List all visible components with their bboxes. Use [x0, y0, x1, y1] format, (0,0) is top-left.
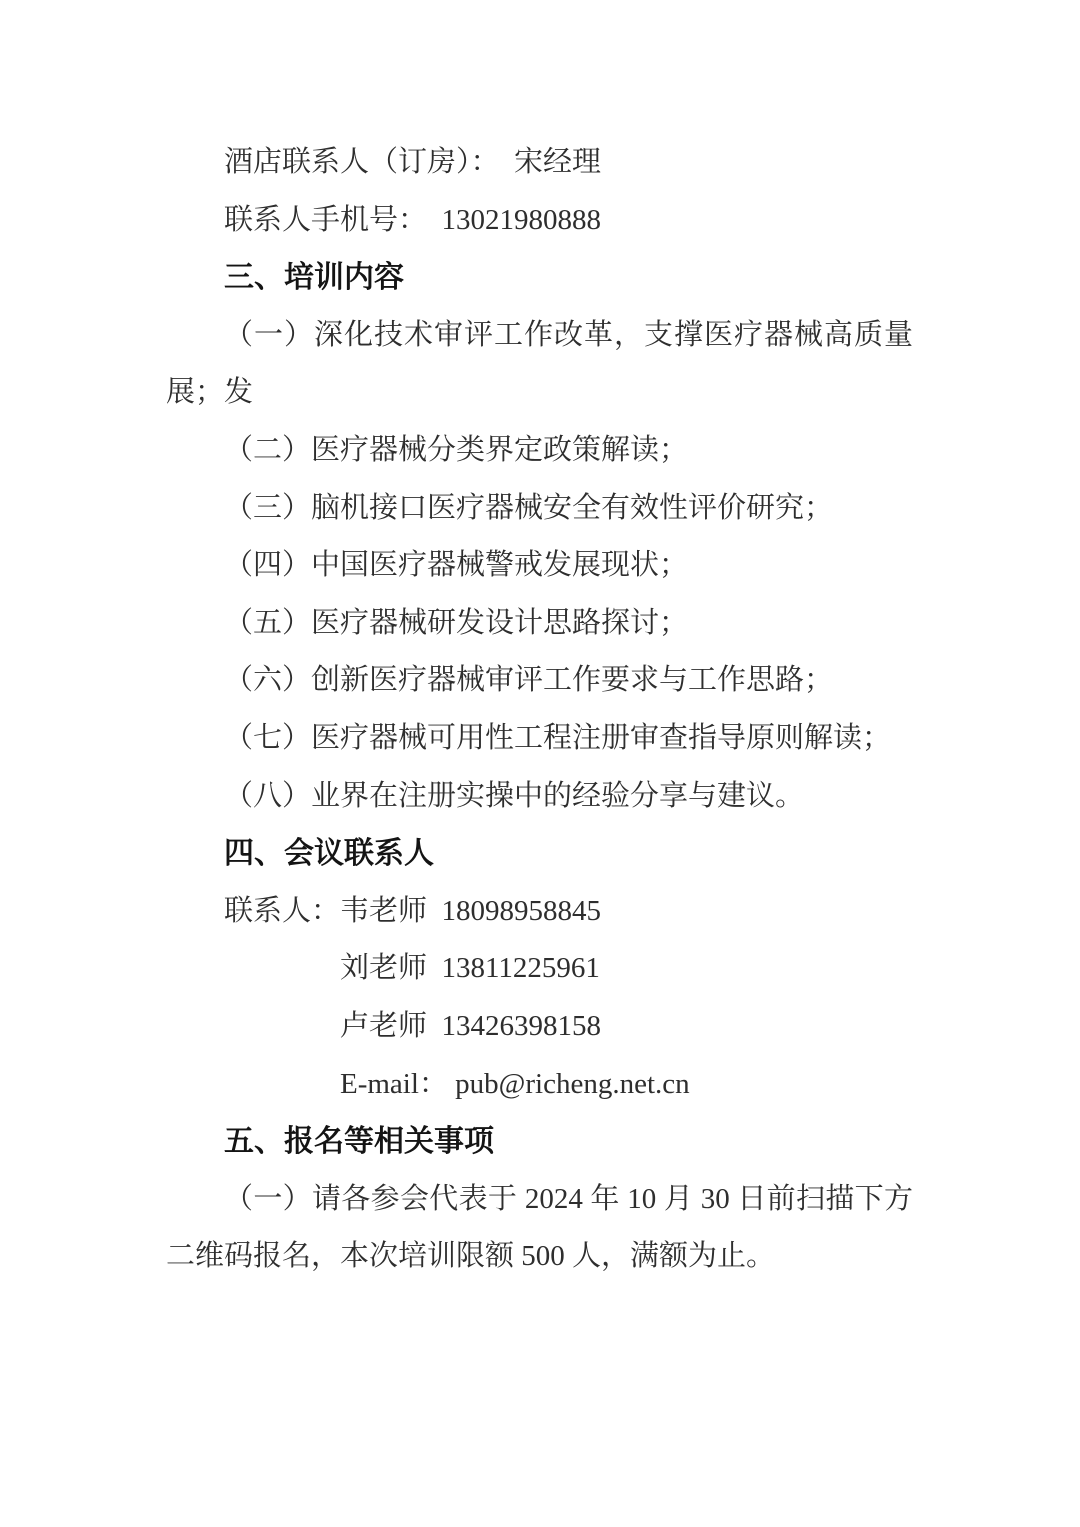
- section-3-heading: 三、培训内容: [166, 249, 913, 307]
- registration-line-2: 二维码报名，本次培训限额 500 人，满额为止。: [166, 1228, 913, 1286]
- training-item-2: （二）医疗器械分类界定政策解读；: [166, 422, 913, 480]
- training-item-1-line-2: 展；: [166, 364, 913, 422]
- hotel-contact-line: 酒店联系人（订房）： 宋经理: [166, 134, 913, 192]
- training-item-7: （七）医疗器械可用性工程注册审查指导原则解读；: [166, 710, 913, 768]
- contact-wei-line: 联系人：韦老师 18098958845: [166, 883, 913, 941]
- training-item-8: （八）业界在注册实操中的经验分享与建议。: [166, 768, 913, 826]
- contact-lu-line: 卢老师 13426398158: [166, 998, 913, 1056]
- email-line: E-mail： pub@richeng.net.cn: [166, 1056, 913, 1114]
- contact-liu-line: 刘老师 13811225961: [166, 940, 913, 998]
- document-page: 酒店联系人（订房）： 宋经理联系人手机号： 13021980888三、培训内容（…: [0, 0, 1080, 1527]
- document-content: 酒店联系人（订房）： 宋经理联系人手机号： 13021980888三、培训内容（…: [166, 134, 913, 1286]
- training-item-4: （四）中国医疗器械警戒发展现状；: [166, 537, 913, 595]
- training-item-1-line-1: （一）深化技术审评工作改革，支撑医疗器械高质量发: [166, 307, 913, 365]
- training-item-6: （六）创新医疗器械审评工作要求与工作思路；: [166, 652, 913, 710]
- hotel-contact-phone-line: 联系人手机号： 13021980888: [166, 192, 913, 250]
- training-item-3: （三）脑机接口医疗器械安全有效性评价研究；: [166, 480, 913, 538]
- registration-line-1: （一）请各参会代表于 2024 年 10 月 30 日前扫描下方: [166, 1171, 913, 1229]
- section-5-heading: 五、报名等相关事项: [166, 1113, 913, 1171]
- section-4-heading: 四、会议联系人: [166, 825, 913, 883]
- training-item-5: （五）医疗器械研发设计思路探讨；: [166, 595, 913, 653]
